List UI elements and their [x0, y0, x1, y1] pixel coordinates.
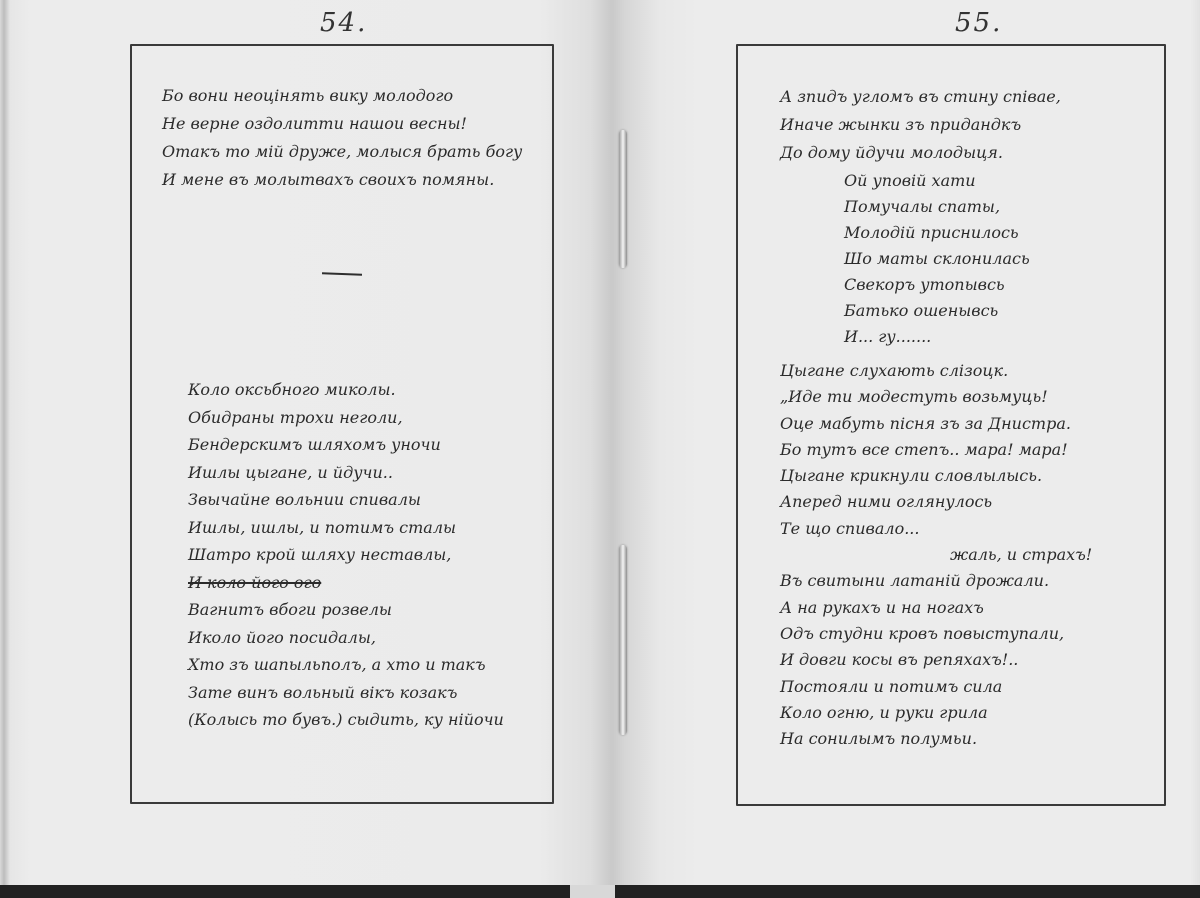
stanza-right-3: Цыгане слухають слізоцк. „Иде ти модесту…: [780, 358, 1092, 752]
verse-line: Шо маты склонилась: [844, 246, 1030, 272]
page-frame-left: Бо вони неоцінять вику молодого Не верне…: [130, 44, 554, 804]
verse-line: Оце мабуть пісня зъ за Днистра.: [780, 411, 1092, 437]
notebook-spread: 54. Бо вони неоцінять вику молодого Не в…: [0, 0, 1200, 885]
verse-line: Бо тутъ все степъ.. мара! мара!: [780, 437, 1092, 463]
verse-line: На сонилымъ полумьи.: [780, 726, 1092, 752]
verse-line: Одъ студни кровъ повыступали,: [780, 621, 1092, 647]
stanza-right-1: А зпидъ угломъ въ стину співае, Иначе жы…: [780, 83, 1061, 167]
verse-line: Молодій приснилось: [844, 220, 1030, 246]
left-page: 54. Бо вони неоцінять вику молодого Не в…: [0, 0, 610, 885]
verse-line: Постояли и потимъ сила: [780, 674, 1092, 700]
page-number-right: 55.: [955, 8, 1002, 38]
verse-line: Вагнитъ вбоги розвелы: [188, 596, 504, 624]
verse-line: Цыгане слухають слізоцк.: [780, 358, 1092, 384]
verse-line: Отакъ то мій друже, молыся брать богу: [162, 138, 522, 166]
verse-line: Цыгане крикнули словлылысь.: [780, 463, 1092, 489]
right-page: 55. А зпидъ угломъ въ стину співае, Инач…: [610, 0, 1200, 885]
verse-line: Свекоръ утопывсь: [844, 272, 1030, 298]
verse-line: Хто зъ шапыльполъ, а хто и такъ: [188, 651, 504, 679]
verse-line: Зате винъ вольный вікъ козакъ: [188, 679, 504, 707]
verse-line: Помучалы спаты,: [844, 194, 1030, 220]
verse-line: Ишлы, ишлы, и потимъ сталы: [188, 514, 504, 542]
verse-line: Въ свитыни латаній дрожали.: [780, 568, 1092, 594]
verse-line: А на рукахъ и на ногахъ: [780, 595, 1092, 621]
verse-line: Те що спивало...: [780, 516, 1092, 542]
verse-line: (Колысь то бувъ.) сыдить, ку нійочи: [188, 706, 504, 734]
verse-line: Звычайне вольнии спивалы: [188, 486, 504, 514]
page-frame-right: А зпидъ угломъ въ стину співае, Иначе жы…: [736, 44, 1166, 806]
verse-line: Ишлы цыгане, и йдучи..: [188, 459, 504, 487]
verse-line: Коло огню, и руки грила: [780, 700, 1092, 726]
verse-line: Бендерскимъ шляхомъ уночи: [188, 431, 504, 459]
verse-line: Батько ошенывсь: [844, 298, 1030, 324]
verse-line: Иколо його посидалы,: [188, 624, 504, 652]
verse-line: Иначе жынки зъ придандкъ: [780, 111, 1061, 139]
verse-line: До дому йдучи молодыця.: [780, 139, 1061, 167]
verse-line: Не верне оздолитти нашои весны!: [162, 110, 522, 138]
verse-line: И... гу.......: [844, 324, 1030, 350]
stanza-left-1: Бо вони неоцінять вику молодого Не верне…: [162, 82, 522, 194]
verse-line: И мене въ молытвахъ своихъ помяны.: [162, 166, 522, 194]
stanza-right-2-song: Ой уповій хати Помучалы спаты, Молодій п…: [844, 168, 1030, 350]
verse-line: Ой уповій хати: [844, 168, 1030, 194]
spine-tab: [570, 885, 615, 898]
verse-line: А зпидъ угломъ въ стину співае,: [780, 83, 1061, 111]
verse-line: Бо вони неоцінять вику молодого: [162, 82, 522, 110]
struck-through-line: И коло його ого: [188, 569, 504, 597]
stanza-left-2: Коло оксьбного миколы. Обидраны трохи не…: [188, 376, 504, 734]
verse-line: Шатро крой шляху неставлы,: [188, 541, 504, 569]
verse-line: И довги косы въ репяхахъ!..: [780, 647, 1092, 673]
verse-line: Аперед ними оглянулось: [780, 489, 1092, 515]
verse-line: Коло оксьбного миколы.: [188, 376, 504, 404]
verse-line: Обидраны трохи неголи,: [188, 404, 504, 432]
verse-line: „Иде ти модестуть возьмуць!: [780, 384, 1092, 410]
indented-verse-line: жаль, и страхъ!: [780, 542, 1092, 568]
section-divider: [322, 272, 362, 275]
book-bottom-edge: [0, 885, 1200, 898]
page-number-left: 54.: [320, 8, 367, 38]
